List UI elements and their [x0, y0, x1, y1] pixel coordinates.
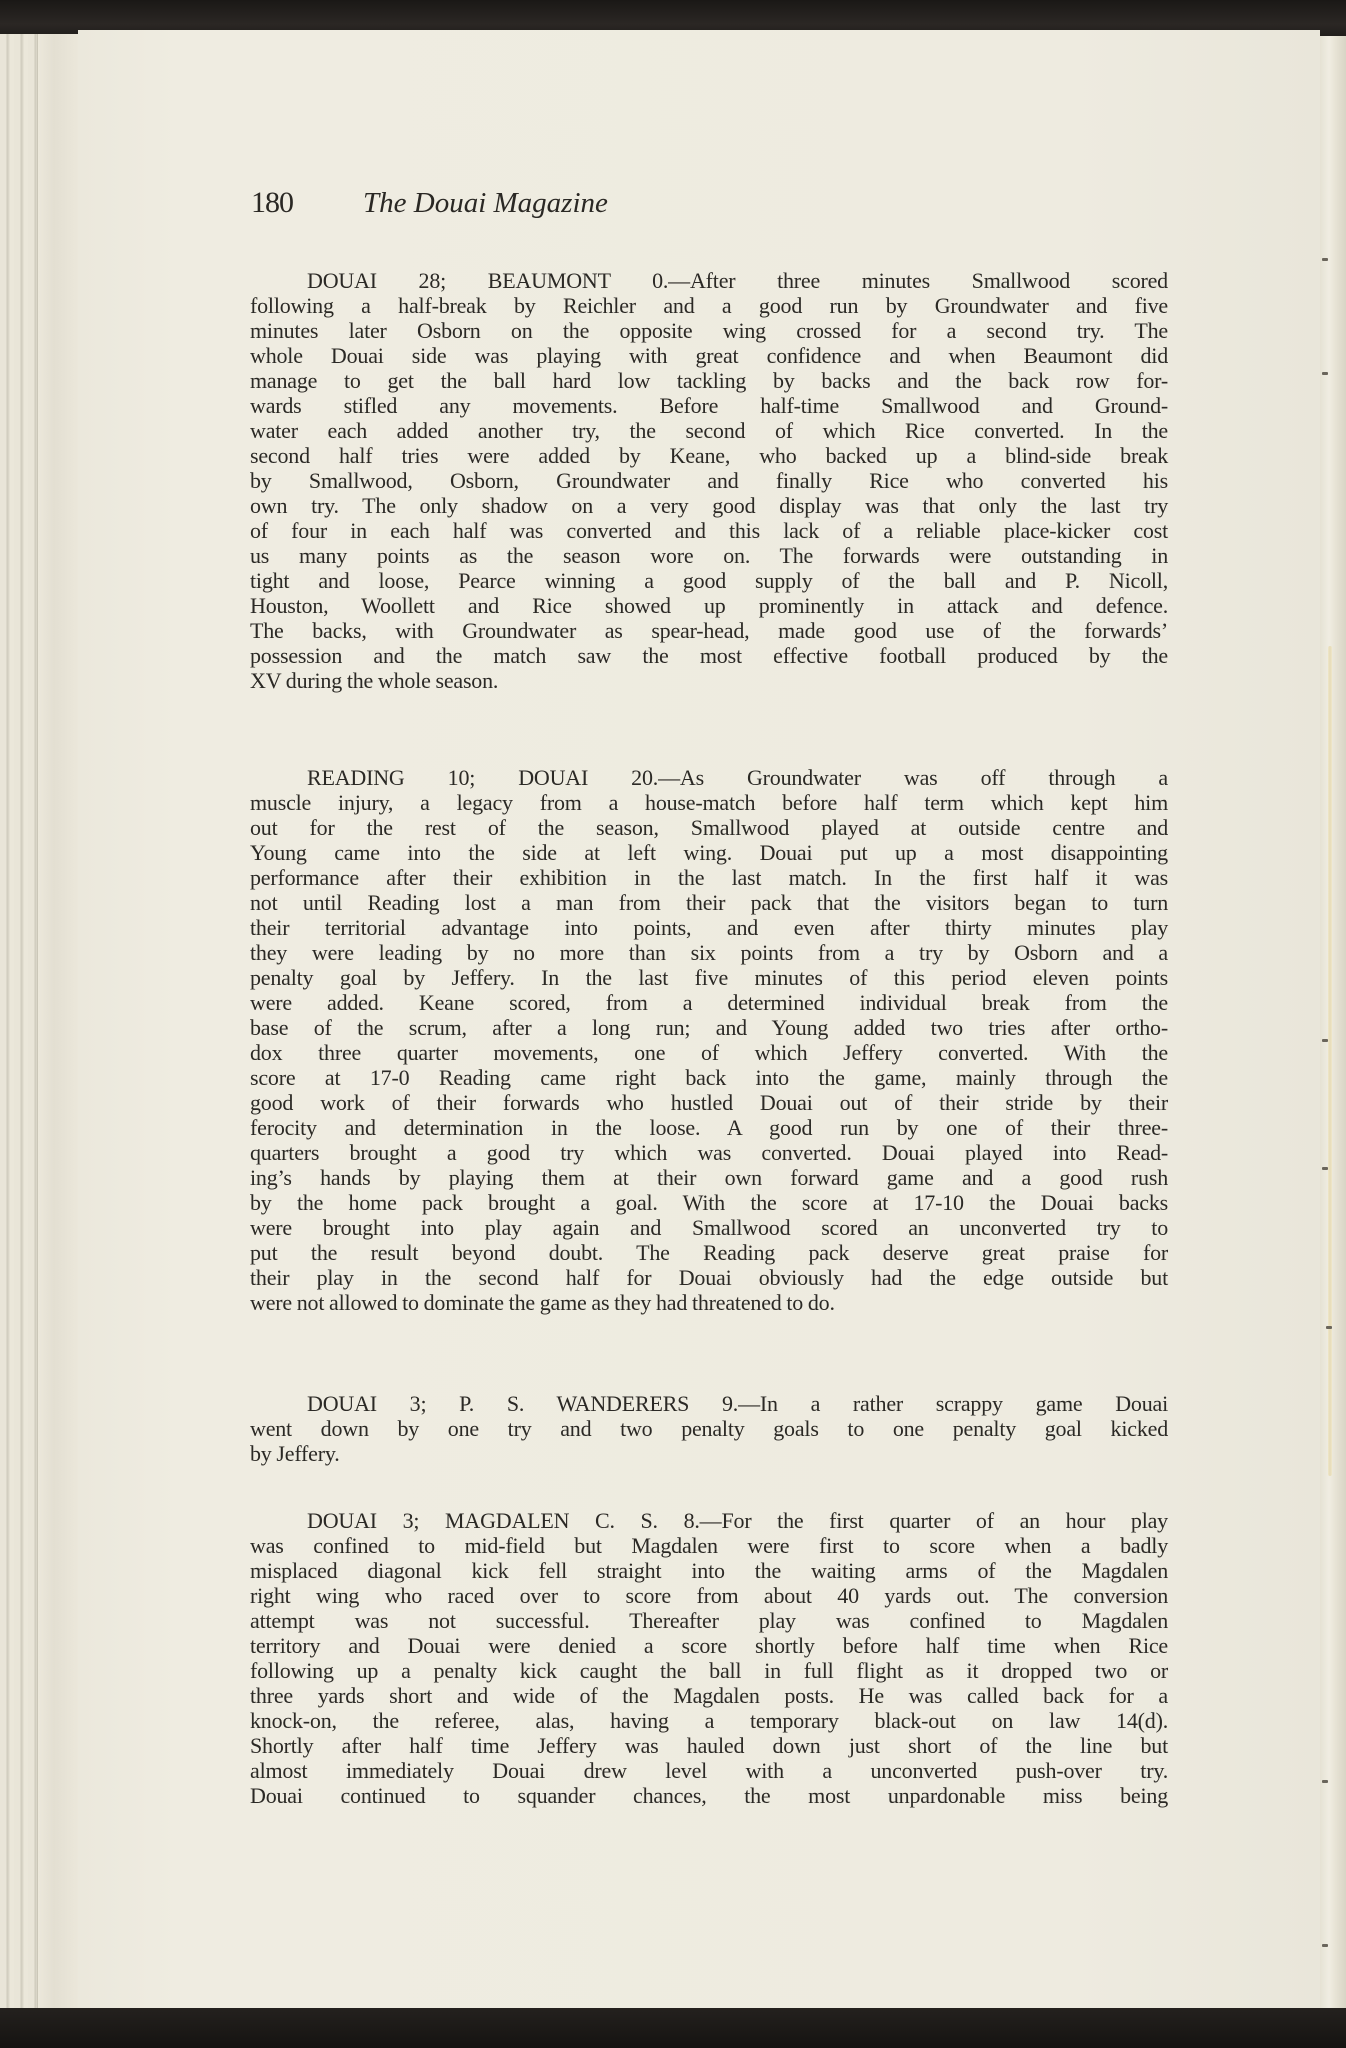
paragraph-line: tight and loose, Pearce winning a good s… — [250, 568, 1168, 593]
paragraph-line: put the result beyond doubt. The Reading… — [250, 1240, 1168, 1265]
paragraph-line: attempt was not successful. Thereafter p… — [250, 1608, 1168, 1633]
paragraph-line: went down by one try and two penalty goa… — [250, 1416, 1168, 1441]
paragraph-line: three yards short and wide of the Magdal… — [250, 1683, 1168, 1708]
paragraph-line: own try. The only shadow on a very good … — [250, 493, 1168, 518]
stitch-mark — [1322, 258, 1328, 261]
binding-thread — [1328, 646, 1332, 1476]
paragraph-line: was confined to mid-field but Magdalen w… — [250, 1533, 1168, 1558]
paragraph-line: not until Reading lost a man from their … — [250, 890, 1168, 915]
paragraph-line: us many points as the season wore on. Th… — [250, 543, 1168, 568]
paragraph-line: were not allowed to dominate the game as… — [250, 1290, 1168, 1315]
paragraph-first-line: DOUAI 28; BEAUMONT 0.—After three minute… — [250, 268, 1168, 293]
paragraph-line: out for the rest of the season, Smallwoo… — [250, 815, 1168, 840]
paragraph-first-line: DOUAI 3; P. S. WANDERERS 9.—In a rather … — [250, 1391, 1168, 1416]
paragraph-line: muscle injury, a legacy from a house-mat… — [250, 790, 1168, 815]
paragraph-line: following up a penalty kick caught the b… — [250, 1658, 1168, 1683]
book-binding-bottom — [0, 2008, 1346, 2048]
book-gutter — [1320, 36, 1346, 2010]
paragraph-line: knock-on, the referee, alas, having a te… — [250, 1708, 1168, 1733]
journal-title: The Douai Magazine — [363, 187, 608, 220]
paragraph-line: following a half-break by Reichler and a… — [250, 293, 1168, 318]
paragraph-first-line: DOUAI 3; MAGDALEN C. S. 8.—For the first… — [250, 1508, 1168, 1533]
paragraph-line: Douai continued to squander chances, the… — [250, 1783, 1168, 1808]
stitch-mark — [1322, 1167, 1328, 1170]
paragraph-line: were added. Keane scored, from a determi… — [250, 990, 1168, 1015]
match-report-paragraph: DOUAI 3; MAGDALEN C. S. 8.—For the first… — [250, 1508, 1168, 1808]
stitch-mark — [1326, 1326, 1332, 1329]
paragraph-line: almost immediately Douai drew level with… — [250, 1758, 1168, 1783]
paragraph-line: The backs, with Groundwater as spear-hea… — [250, 618, 1168, 643]
paragraph-line: score at 17-0 Reading came right back in… — [250, 1065, 1168, 1090]
stitch-mark — [1322, 1039, 1328, 1042]
paragraph-line: ferocity and determination in the loose.… — [250, 1115, 1168, 1140]
paragraph-first-line: READING 10; DOUAI 20.—As Groundwater was… — [250, 765, 1168, 790]
paragraph-line: were brought into play again and Smallwo… — [250, 1215, 1168, 1240]
page-stack-edge — [0, 34, 78, 2012]
match-report-paragraph: DOUAI 3; P. S. WANDERERS 9.—In a rather … — [250, 1391, 1168, 1466]
page-number: 180 — [251, 186, 363, 220]
paragraph-line: dox three quarter movements, one of whic… — [250, 1040, 1168, 1065]
paragraph-line: quarters brought a good try which was co… — [250, 1140, 1168, 1165]
paragraph-line: base of the scrum, after a long run; and… — [250, 1015, 1168, 1040]
paragraph-line: of four in each half was converted and t… — [250, 518, 1168, 543]
match-report-paragraph: DOUAI 28; BEAUMONT 0.—After three minute… — [250, 268, 1168, 693]
paragraph-line: second half tries were added by Keane, w… — [250, 443, 1168, 468]
paragraph-line: ing’s hands by playing them at their own… — [250, 1165, 1168, 1190]
paragraph-line: XV during the whole season. — [250, 668, 1168, 693]
paragraph-line: Shortly after half time Jeffery was haul… — [250, 1733, 1168, 1758]
paragraph-line: wards stifled any movements. Before half… — [250, 393, 1168, 418]
paragraph-line: manage to get the ball hard low tackling… — [250, 368, 1168, 393]
paragraph-line: they were leading by no more than six po… — [250, 940, 1168, 965]
paragraph-line: their play in the second half for Douai … — [250, 1265, 1168, 1290]
paragraph-line: by the home pack brought a goal. With th… — [250, 1190, 1168, 1215]
paragraph-line: right wing who raced over to score from … — [250, 1583, 1168, 1608]
paragraph-line: water each added another try, the second… — [250, 418, 1168, 443]
running-head: 180 The Douai Magazine — [251, 186, 608, 222]
paragraph-line: by Jeffery. — [250, 1441, 1168, 1466]
match-report-paragraph: READING 10; DOUAI 20.—As Groundwater was… — [250, 765, 1168, 1315]
paragraph-line: possession and the match saw the most ef… — [250, 643, 1168, 668]
paragraph-line: minutes later Osborn on the opposite win… — [250, 318, 1168, 343]
stitch-mark — [1322, 1780, 1328, 1783]
paragraph-line: their territorial advantage into points,… — [250, 915, 1168, 940]
paragraph-line: territory and Douai were denied a score … — [250, 1633, 1168, 1658]
paragraph-line: performance after their exhibition in th… — [250, 865, 1168, 890]
paragraph-line: good work of their forwards who hustled … — [250, 1090, 1168, 1115]
paragraph-line: whole Douai side was playing with great … — [250, 343, 1168, 368]
paragraph-line: penalty goal by Jeffery. In the last fiv… — [250, 965, 1168, 990]
paragraph-line: Young came into the side at left wing. D… — [250, 840, 1168, 865]
stitch-mark — [1322, 1944, 1328, 1947]
stitch-mark — [1322, 372, 1328, 375]
paragraph-line: Houston, Woollett and Rice showed up pro… — [250, 593, 1168, 618]
paragraph-line: by Smallwood, Osborn, Groundwater and fi… — [250, 468, 1168, 493]
paragraph-line: misplaced diagonal kick fell straight in… — [250, 1558, 1168, 1583]
